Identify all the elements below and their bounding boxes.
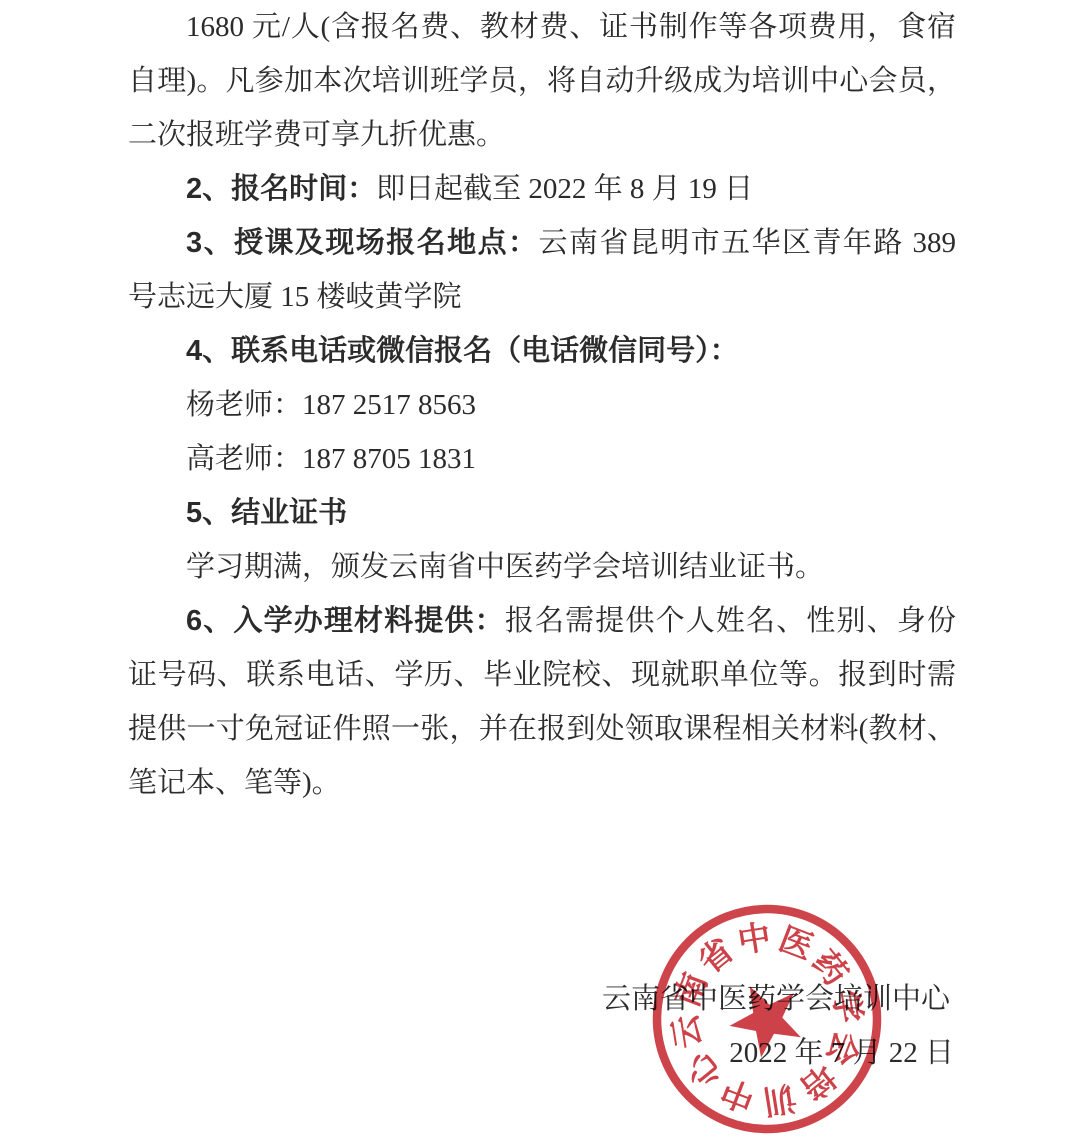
paragraph: 2、报名时间：即日起截至 2022 年 8 月 19 日 (128, 162, 956, 216)
paragraph: 6、入学办理材料提供：报名需提供个人姓名、性别、身份证号码、联系电话、学历、毕业… (128, 594, 956, 810)
paragraph-heading: 6、入学办理材料提供： (186, 605, 505, 637)
paragraph: 高老师：187 8705 1831 (128, 432, 956, 486)
paragraph-text: 1680 元/人(含报名费、教材费、证书制作等各项费用，食宿自理)。凡参加本次培… (128, 11, 956, 151)
paragraph: 学习期满，颁发云南省中医药学会培训结业证书。 (128, 540, 956, 594)
paragraph: 1680 元/人(含报名费、教材费、证书制作等各项费用，食宿自理)。凡参加本次培… (128, 0, 956, 162)
paragraph: 5、结业证书 (128, 486, 956, 540)
paragraph-text: 高老师：187 8705 1831 (186, 443, 476, 475)
paragraph-text: 学习期满，颁发云南省中医药学会培训结业证书。 (186, 551, 824, 583)
paragraph: 3、授课及现场报名地点：云南省昆明市五华区青年路 389 号志远大厦 15 楼岐… (128, 216, 956, 324)
date-line: 2022 年 7 月 22 日 (128, 1026, 956, 1080)
paragraph: 杨老师：187 2517 8563 (128, 378, 956, 432)
paragraph-text: 即日起截至 2022 年 8 月 19 日 (376, 173, 753, 205)
document-body: 1680 元/人(含报名费、教材费、证书制作等各项费用，食宿自理)。凡参加本次培… (128, 0, 956, 1080)
blank-space (128, 810, 956, 972)
paragraph-text: 杨老师：187 2517 8563 (186, 389, 476, 421)
paragraph-heading: 2、报名时间： (186, 173, 376, 205)
paragraph-heading: 4、联系电话或微信报名（电话微信同号）： (186, 335, 739, 367)
signature-line: 云南省中医药学会培训中心 (128, 972, 956, 1026)
paragraph-heading: 5、结业证书 (186, 497, 347, 529)
seal-ring-character: 训 (760, 1078, 798, 1120)
paragraph-list: 1680 元/人(含报名费、教材费、证书制作等各项费用，食宿自理)。凡参加本次培… (128, 0, 956, 810)
paragraph-heading: 3、授课及现场报名地点： (186, 227, 538, 259)
paragraph: 4、联系电话或微信报名（电话微信同号）： (128, 324, 956, 378)
